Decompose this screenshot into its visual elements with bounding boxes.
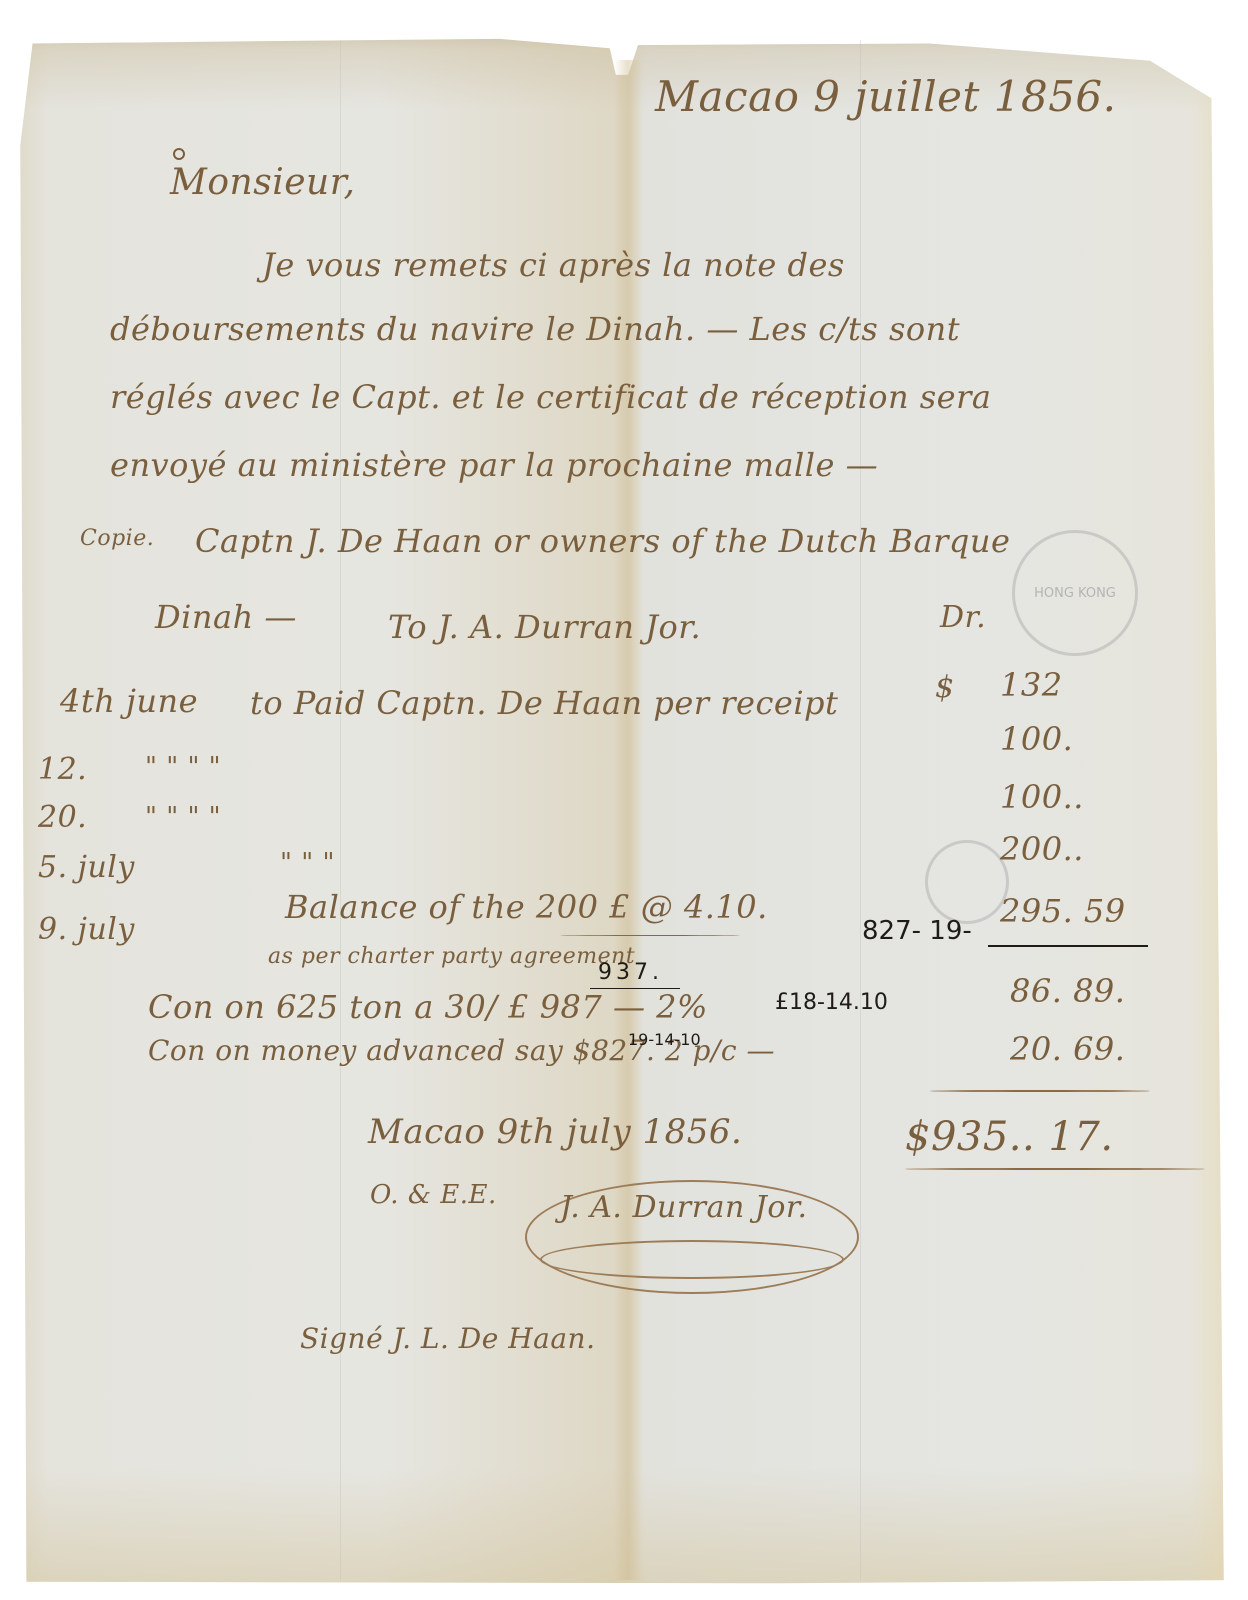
postmark-text: HONG KONG — [1034, 586, 1116, 601]
signature-flourish-inner — [540, 1240, 844, 1279]
signature: J. A. Durran Jor. — [560, 1190, 807, 1225]
pencil-19-14-10: 19-14-10 — [628, 1030, 701, 1049]
ship-name: Dinah — — [155, 598, 297, 636]
postmark-stamp-small — [925, 840, 1009, 924]
ledger-amount: 200.. — [1000, 830, 1084, 868]
ledger-date: 4th june — [60, 682, 198, 720]
account-addressee: Captn J. De Haan or owners of the Dutch … — [195, 522, 1010, 560]
ledger-date: 20. — [38, 800, 87, 835]
debit-label: Dr. — [940, 600, 986, 635]
pencil-underline — [988, 945, 1148, 947]
pencil-pounds: £18-14.10 — [775, 990, 888, 1015]
salutation: Monsieur, — [170, 162, 355, 203]
ledger-description: " " " " — [145, 752, 221, 782]
body-line-4: envoyé au ministère par la prochaine mal… — [110, 446, 878, 484]
ledger-date: 9. july — [38, 912, 135, 947]
body-line-3: réglés avec le Capt. et le certificat de… — [110, 378, 991, 416]
ledger-description: Balance of the 200 £ @ 4.10. — [285, 888, 768, 926]
ledger-amount: 132 — [1000, 666, 1063, 704]
ledger-amount: 295. 59 — [1000, 892, 1126, 930]
ledger-description: to Paid Captn. De Haan per receipt — [250, 684, 838, 722]
body-line-1: Je vous remets ci après la note des — [262, 246, 845, 284]
ledger-amount: 20. 69. — [1010, 1030, 1125, 1068]
closing-date: Macao 9th july 1856. — [368, 1112, 742, 1152]
countersignature: Signé J. L. De Haan. — [300, 1322, 595, 1355]
center-fold — [614, 60, 642, 1580]
total-rule-bottom — [905, 1168, 1205, 1170]
ledger-date: 12. — [38, 752, 87, 787]
ruling-line — [860, 40, 861, 1580]
pencil-937: 937. — [598, 960, 663, 985]
ledger-amount: 86. 89. — [1010, 972, 1125, 1010]
ledger-description: " " " " — [145, 802, 221, 832]
ledger-description: Con on 625 ton a 30/ £ 987 — 2% — [148, 988, 708, 1026]
currency-symbol: $ — [935, 670, 955, 705]
ledger-date: 5. july — [38, 850, 135, 885]
ledger-amount: 100. — [1000, 720, 1073, 758]
ledger-description-cont: as per charter party agreement — [268, 944, 635, 969]
postmark-stamp: HONG KONG — [1012, 530, 1138, 656]
total-rule-top — [930, 1090, 1150, 1092]
pencil-fraction-line — [590, 988, 680, 989]
copy-label: Copie. — [80, 526, 154, 551]
ledger-amount: 100.. — [1000, 778, 1084, 816]
creditor-name: To J. A. Durran Jor. — [388, 608, 701, 646]
letter-date: Macao 9 juillet 1856. — [655, 72, 1117, 121]
underline — [560, 935, 740, 936]
pencil-subtotal: 827- 19- — [862, 916, 972, 946]
ledger-description: " " " — [280, 848, 335, 878]
ledger-total: $935.. 17. — [905, 1114, 1114, 1160]
closing-abbrev: O. & E.E. — [370, 1180, 497, 1210]
margin-mark — [173, 148, 185, 160]
body-line-2: déboursements du navire le Dinah. — Les … — [110, 310, 960, 348]
